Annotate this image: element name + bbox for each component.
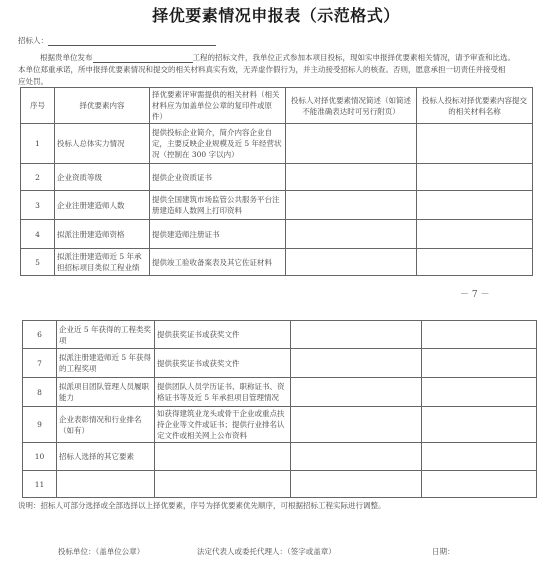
- representative-signature-label: 法定代表人或委托代理人：（签字或盖章）: [197, 546, 336, 557]
- header-material: 择优要素评审需提供的相关材料（相关材料应为加盖单位公章的复印件或原件）: [150, 88, 286, 124]
- row-no: 5: [21, 249, 55, 276]
- row-summary-cell[interactable]: [286, 164, 417, 191]
- row-summary-cell[interactable]: [291, 321, 422, 349]
- row-material: 提供建造师注册证书: [150, 220, 286, 249]
- row-no: 10: [23, 443, 57, 471]
- row-summary-cell[interactable]: [286, 191, 417, 220]
- intro-line-3: 应处罚。: [18, 76, 48, 87]
- row-material: 提供获奖证书或获奖文件: [155, 321, 291, 349]
- intro-line-2: 本单位郑重承诺，所申报择优要素情况和提交的相关材料真实有效，无弄虚作假行为，并主…: [18, 64, 506, 75]
- row-item: 招标人选择的其它要素: [57, 443, 155, 471]
- row-summary-cell[interactable]: [286, 249, 417, 276]
- row-no: 3: [21, 191, 55, 220]
- row-no: 2: [21, 164, 55, 191]
- row-summary-cell[interactable]: [291, 471, 422, 498]
- row-no: 6: [23, 321, 57, 349]
- table-row: 6 企业近 5 年获得的工程类奖项 提供获奖证书或获奖文件: [23, 321, 537, 349]
- row-material: 提供团队人员学历证书、职称证书、资格证书等及近 5 年承担项目管理情况: [155, 378, 291, 407]
- row-submitted-cell[interactable]: [417, 220, 533, 249]
- row-item: 拟派注册建造师资格: [55, 220, 150, 249]
- row-summary-cell[interactable]: [291, 407, 422, 443]
- row-no: 8: [23, 378, 57, 407]
- row-material[interactable]: [155, 443, 291, 471]
- row-item[interactable]: [57, 471, 155, 498]
- row-summary-cell[interactable]: [291, 443, 422, 471]
- row-submitted-cell[interactable]: [417, 249, 533, 276]
- row-item: 拟派项目团队管理人员履职能力: [57, 378, 155, 407]
- row-summary-cell[interactable]: [291, 378, 422, 407]
- header-no: 序号: [21, 88, 55, 124]
- row-no: 7: [23, 349, 57, 378]
- row-item: 企业注册建造师人数: [55, 191, 150, 220]
- row-no: 1: [21, 124, 55, 164]
- table-row: 1 投标人总体实力情况 提供投标企业简介，简介内容企业自定，主要反映企业规模及近…: [21, 124, 533, 164]
- row-submitted-cell[interactable]: [422, 407, 537, 443]
- project-name-blank[interactable]: [93, 62, 193, 63]
- row-no: 4: [21, 220, 55, 249]
- elements-table-part1: 序号 择优要素内容 择优要素评审需提供的相关材料（相关材料应为加盖单位公章的复印…: [20, 87, 533, 276]
- row-summary-cell[interactable]: [291, 349, 422, 378]
- row-submitted-cell[interactable]: [422, 443, 537, 471]
- table-row: 11: [23, 471, 537, 498]
- header-summary: 投标人对择优要素情况简述（如简述不能准确表达时可另行附页）: [286, 88, 417, 124]
- row-submitted-cell[interactable]: [422, 349, 537, 378]
- row-summary-cell[interactable]: [286, 124, 417, 164]
- bidder-signature-label: 投标单位：（盖单位公章）: [58, 546, 144, 557]
- intro-line-1: 根据贵单位发布工程的招标文件，我单位正式参加本项目投标，现如实申报择优要素相关情…: [40, 52, 515, 63]
- row-material: 提供全国建筑市场监管公共服务平台注册建造师人数网上打印资料: [150, 191, 286, 220]
- header-item: 择优要素内容: [55, 88, 150, 124]
- table-row: 7 拟派注册建造师近 5 年获得的工程奖项 提供获奖证书或获奖文件: [23, 349, 537, 378]
- row-material: 提供企业资质证书: [150, 164, 286, 191]
- table-row: 2 企业资质等级 提供企业资质证书: [21, 164, 533, 191]
- row-material: 提供投标企业简介，简介内容企业自定，主要反映企业规模及近 5 年经营状况（控制在…: [150, 124, 286, 164]
- date-label: 日期：: [432, 546, 455, 557]
- row-summary-cell[interactable]: [286, 220, 417, 249]
- row-item: 拟派注册建造师近 5 年承担招标项目类似工程业绩: [55, 249, 150, 276]
- elements-table-part2: 6 企业近 5 年获得的工程类奖项 提供获奖证书或获奖文件 7 拟派注册建造师近…: [22, 320, 537, 498]
- table-row: 10 招标人选择的其它要素: [23, 443, 537, 471]
- row-material: 提供获奖证书或获奖文件: [155, 349, 291, 378]
- intro-suffix: 工程的招标文件，我单位正式参加本项目投标，现如实申报择优要素相关情况，请予审查和…: [193, 53, 516, 62]
- row-material: 如获得建筑业龙头或骨干企业或重点扶持企业等文件或证书；提供行业排名认定文件或相关…: [155, 407, 291, 443]
- row-submitted-cell[interactable]: [417, 124, 533, 164]
- row-submitted-cell[interactable]: [417, 164, 533, 191]
- row-submitted-cell[interactable]: [417, 191, 533, 220]
- footnote: 说明：招标人可部分选择或全部选择以上择优要素，序号为择优要素优先顺序，可根据招标…: [18, 500, 386, 511]
- row-submitted-cell[interactable]: [422, 471, 537, 498]
- page-number: － 7 －: [460, 287, 489, 300]
- row-item: 投标人总体实力情况: [55, 124, 150, 164]
- table-row: 4 拟派注册建造师资格 提供建造师注册证书: [21, 220, 533, 249]
- row-no: 9: [23, 407, 57, 443]
- header-submitted: 投标人投标对择优要素内容提交的相关材料名称: [417, 88, 533, 124]
- row-item: 拟派注册建造师近 5 年获得的工程奖项: [57, 349, 155, 378]
- table-row: 3 企业注册建造师人数 提供全国建筑市场监管公共服务平台注册建造师人数网上打印资…: [21, 191, 533, 220]
- table-header-row: 序号 择优要素内容 择优要素评审需提供的相关材料（相关材料应为加盖单位公章的复印…: [21, 88, 533, 124]
- row-item: 企业资质等级: [55, 164, 150, 191]
- row-submitted-cell[interactable]: [422, 321, 537, 349]
- intro-prefix: 根据贵单位发布: [40, 53, 93, 62]
- row-item: 企业表彰情况和行业排名（如有）: [57, 407, 155, 443]
- row-material[interactable]: [155, 471, 291, 498]
- table-row: 5 拟派注册建造师近 5 年承担招标项目类似工程业绩 提供竣工验收备案表及其它佐…: [21, 249, 533, 276]
- row-submitted-cell[interactable]: [422, 378, 537, 407]
- table-row: 8 拟派项目团队管理人员履职能力 提供团队人员学历证书、职称证书、资格证书等及近…: [23, 378, 537, 407]
- row-material: 提供竣工验收备案表及其它佐证材料: [150, 249, 286, 276]
- document-title: 择优要素情况申报表（示范格式）: [0, 3, 552, 26]
- recipient-label: 招标人：: [18, 36, 48, 45]
- recipient-blank[interactable]: [48, 45, 216, 46]
- row-no: 11: [23, 471, 57, 498]
- recipient-line: 招标人：: [18, 35, 216, 46]
- table-row: 9 企业表彰情况和行业排名（如有） 如获得建筑业龙头或骨干企业或重点扶持企业等文…: [23, 407, 537, 443]
- row-item: 企业近 5 年获得的工程类奖项: [57, 321, 155, 349]
